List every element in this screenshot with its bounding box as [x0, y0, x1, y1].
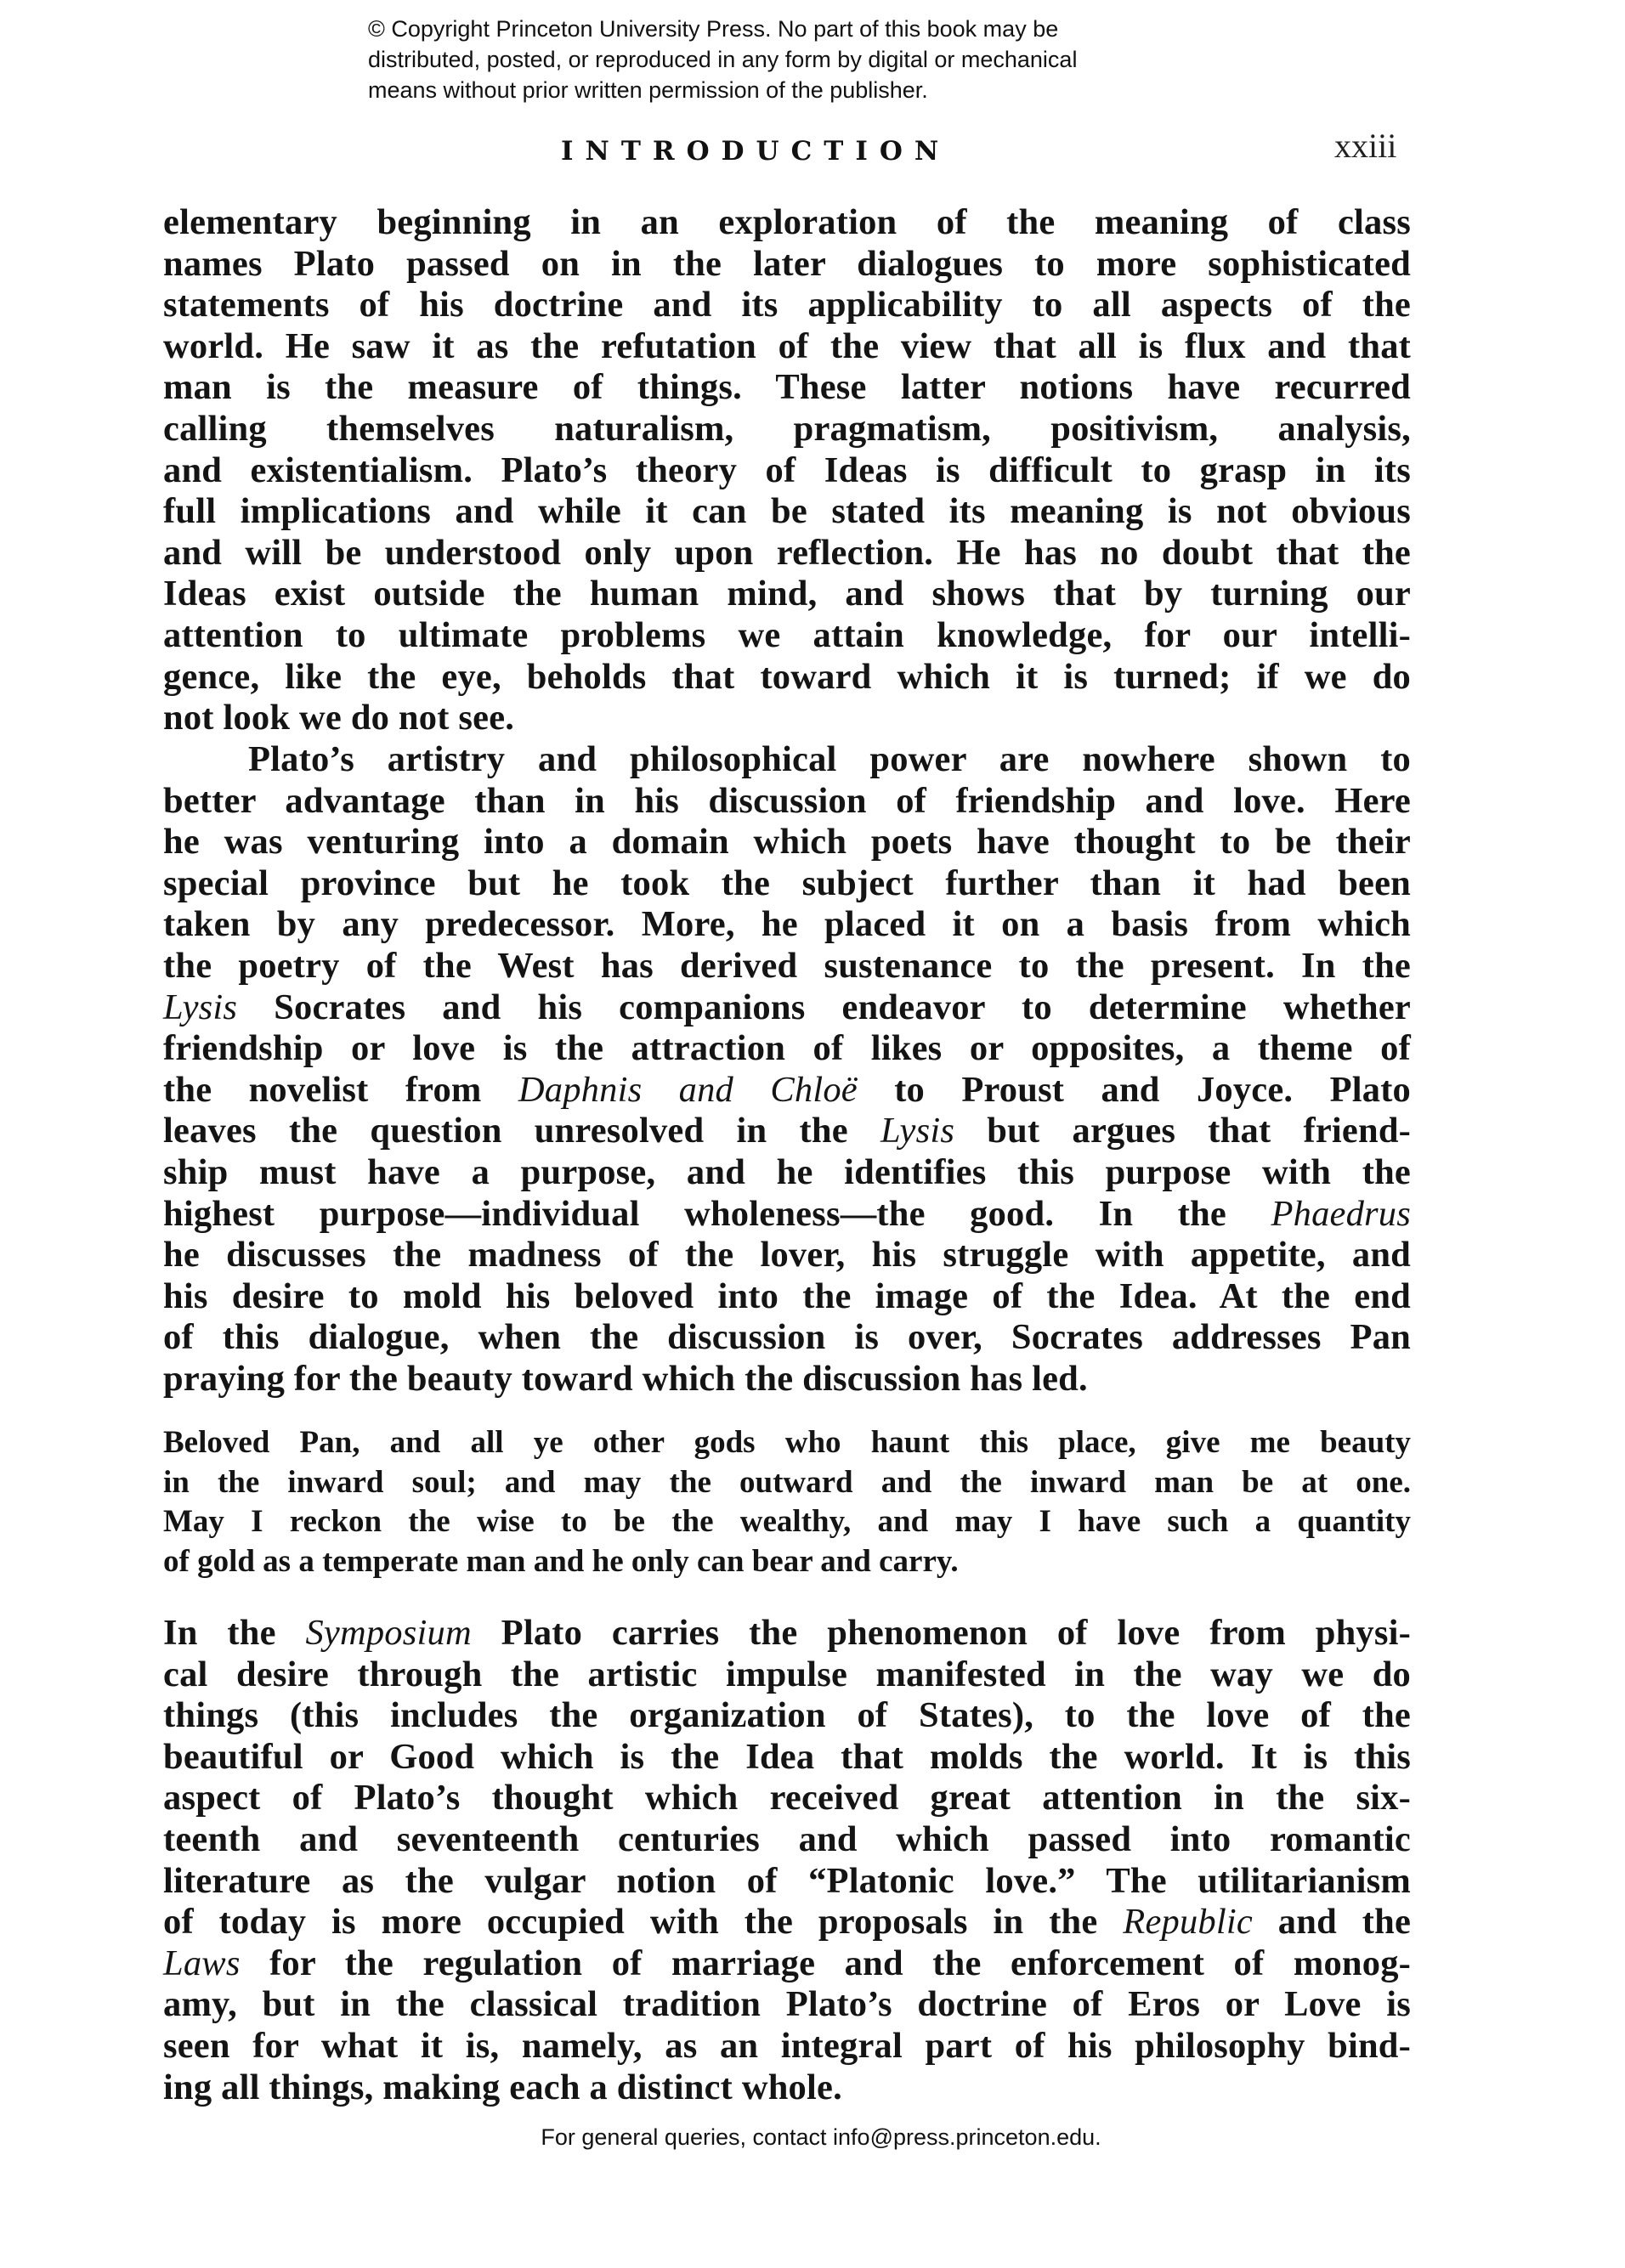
text-line: special province but he took the subject… [163, 863, 1411, 905]
text-line: aspect of Plato’s thought which received… [163, 1778, 1411, 1819]
text-line: better advantage than in his discussion … [163, 781, 1411, 823]
text-line: his desire to mold his beloved into the … [163, 1276, 1411, 1318]
page-number: xxiii [1334, 126, 1396, 166]
paragraph-2: Plato’s artistry and philosophical power… [163, 739, 1411, 1400]
italic-title: Lysis [880, 1111, 954, 1151]
text-line: leaves the question unresolved in the Ly… [163, 1111, 1411, 1152]
copyright-line: means without prior written permission o… [368, 75, 1218, 105]
text-line: names Plato passed on in the later dialo… [163, 244, 1411, 286]
text-line: Lysis Socrates and his companions endeav… [163, 987, 1411, 1029]
text-line: he was venturing into a domain which poe… [163, 822, 1411, 863]
text-line: elementary beginning in an exploration o… [163, 202, 1411, 244]
text-line: world. He saw it as the refutation of th… [163, 326, 1411, 368]
text-line: Beloved Pan, and all ye other gods who h… [163, 1423, 1411, 1463]
text-line: May I reckon the wise to be the wealthy,… [163, 1502, 1411, 1542]
text-line: literature as the vulgar notion of “Plat… [163, 1861, 1411, 1903]
text-line: ship must have a purpose, and he identif… [163, 1152, 1411, 1194]
text-line: friendship or love is the attraction of … [163, 1028, 1411, 1070]
footer-notice: For general queries, contact info@press.… [0, 2124, 1625, 2151]
text-line: and existentialism. Plato’s theory of Id… [163, 450, 1411, 492]
text-line: calling themselves naturalism, pragmatis… [163, 409, 1411, 450]
text-line: in the inward soul; and may the outward … [163, 1463, 1411, 1503]
text-line: gence, like the eye, beholds that toward… [163, 657, 1411, 698]
text-line: not look we do not see. [163, 698, 1411, 739]
italic-title: Laws [163, 1943, 241, 1983]
text-line: man is the measure of things. These latt… [163, 367, 1411, 409]
italic-title: Phaedrus [1271, 1194, 1411, 1234]
text-line: attention to ultimate problems we attain… [163, 615, 1411, 657]
copyright-notice: © Copyright Princeton University Press. … [368, 14, 1218, 105]
text-line: and will be understood only upon reflect… [163, 533, 1411, 574]
text-line: statements of his doctrine and its appli… [163, 285, 1411, 326]
italic-title: Symposium [305, 1613, 471, 1653]
text-line: the poetry of the West has derived suste… [163, 946, 1411, 987]
text-line: cal desire through the artistic impulse … [163, 1654, 1411, 1696]
italic-title: Daphnis and Chloë [518, 1070, 858, 1110]
text-line: praying for the beauty toward which the … [163, 1359, 1411, 1400]
text-line: In the Symposium Plato carries the pheno… [163, 1613, 1411, 1654]
text-line: of gold as a temperate man and he only c… [163, 1542, 1411, 1582]
text-line: ing all things, making each a distinct w… [163, 2067, 1411, 2109]
text-line: taken by any predecessor. More, he place… [163, 904, 1411, 946]
text-line: amy, but in the classical tradition Plat… [163, 1984, 1411, 2026]
italic-title: Lysis [163, 987, 237, 1027]
text-line: he discusses the madness of the lover, h… [163, 1235, 1411, 1276]
block-quotation: Beloved Pan, and all ye other gods who h… [163, 1423, 1411, 1581]
text-line: Laws for the regulation of marriage and … [163, 1943, 1411, 1985]
text-line: beautiful or Good which is the Idea that… [163, 1737, 1411, 1779]
text-line: seen for what it is, namely, as an integ… [163, 2026, 1411, 2067]
paragraph-3: In the Symposium Plato carries the pheno… [163, 1613, 1411, 2108]
text-line: things (this includes the organization o… [163, 1695, 1411, 1737]
text-line: of this dialogue, when the discussion is… [163, 1317, 1411, 1359]
italic-title: Republic [1123, 1902, 1253, 1942]
paragraph-1: elementary beginning in an exploration o… [163, 202, 1411, 739]
text-line: Plato’s artistry and philosophical power… [163, 739, 1411, 781]
text-line: Ideas exist outside the human mind, and … [163, 574, 1411, 615]
text-line: of today is more occupied with the propo… [163, 1902, 1411, 1943]
text-line: teenth and seventeenth centuries and whi… [163, 1819, 1411, 1861]
text-line: highest purpose—individual wholeness—the… [163, 1194, 1411, 1236]
copyright-line: © Copyright Princeton University Press. … [368, 14, 1218, 44]
text-line: full implications and while it can be st… [163, 491, 1411, 533]
text-line: the novelist from Daphnis and Chloë to P… [163, 1070, 1411, 1111]
running-head: INTRODUCTION [561, 136, 950, 167]
copyright-line: distributed, posted, or reproduced in an… [368, 44, 1218, 75]
